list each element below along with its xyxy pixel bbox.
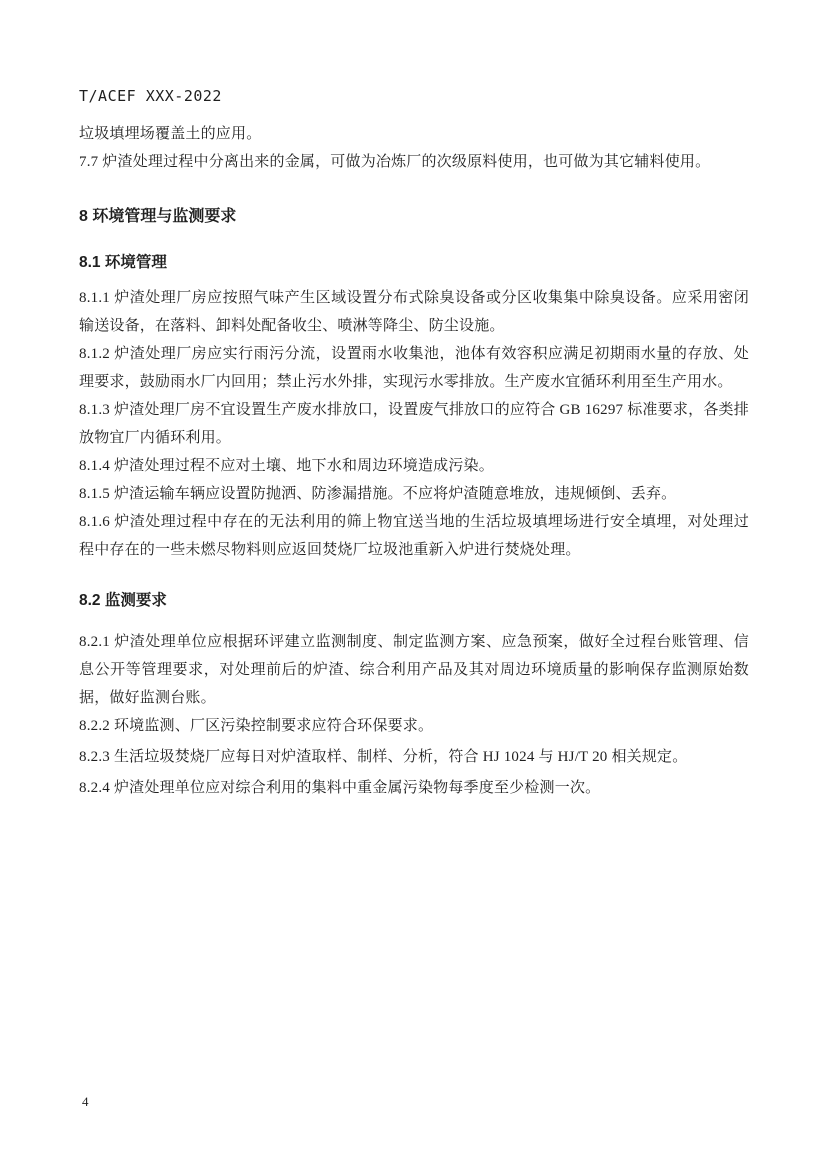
clause-8-1-6: 8.1.6 炉渣处理过程中存在的无法利用的筛上物宜送当地的生活垃圾填埋场进行安全… (79, 508, 749, 564)
clause-8-1-2: 8.1.2 炉渣处理厂房应实行雨污分流，设置雨水收集池，池体有效容积应满足初期雨… (79, 340, 749, 396)
paragraph-continuation: 垃圾填埋场覆盖土的应用。 (79, 120, 749, 148)
clause-8-2-1: 8.2.1 炉渣处理单位应根据环评建立监测制度、制定监测方案、应急预案，做好全过… (79, 628, 749, 712)
clause-8-1-5: 8.1.5 炉渣运输车辆应设置防抛洒、防渗漏措施。不应将炉渣随意堆放，违规倾倒、… (79, 480, 749, 508)
clause-8-2-4: 8.2.4 炉渣处理单位应对综合利用的集料中重金属污染物每季度至少检测一次。 (79, 774, 749, 802)
document-page: T/ACEF XXX-2022 垃圾填埋场覆盖土的应用。 7.7 炉渣处理过程中… (0, 0, 826, 1169)
page-number: 4 (82, 1094, 89, 1109)
section-8-1-title: 8.1 环境管理 (79, 248, 749, 278)
standard-code: T/ACEF XXX-2022 (79, 87, 222, 105)
clause-8-1-4: 8.1.4 炉渣处理过程不应对土壤、地下水和周边环境造成污染。 (79, 452, 749, 480)
clause-8-2-2: 8.2.2 环境监测、厂区污染控制要求应符合环保要求。 (79, 712, 749, 740)
clause-8-2-3: 8.2.3 生活垃圾焚烧厂应每日对炉渣取样、制样、分析，符合 HJ 1024 与… (79, 743, 749, 771)
section-8-title: 8 环境管理与监测要求 (79, 202, 749, 232)
clause-8-1-3: 8.1.3 炉渣处理厂房不宜设置生产废水排放口，设置废气排放口的应符合 GB 1… (79, 396, 749, 452)
section-8-2-title: 8.2 监测要求 (79, 586, 749, 616)
clause-8-1-1: 8.1.1 炉渣处理厂房应按照气味产生区域设置分布式除臭设备或分区收集集中除臭设… (79, 284, 749, 340)
clause-7-7: 7.7 炉渣处理过程中分离出来的金属，可做为冶炼厂的次级原料使用，也可做为其它辅… (79, 148, 749, 176)
document-header: T/ACEF XXX-2022 (79, 86, 749, 106)
